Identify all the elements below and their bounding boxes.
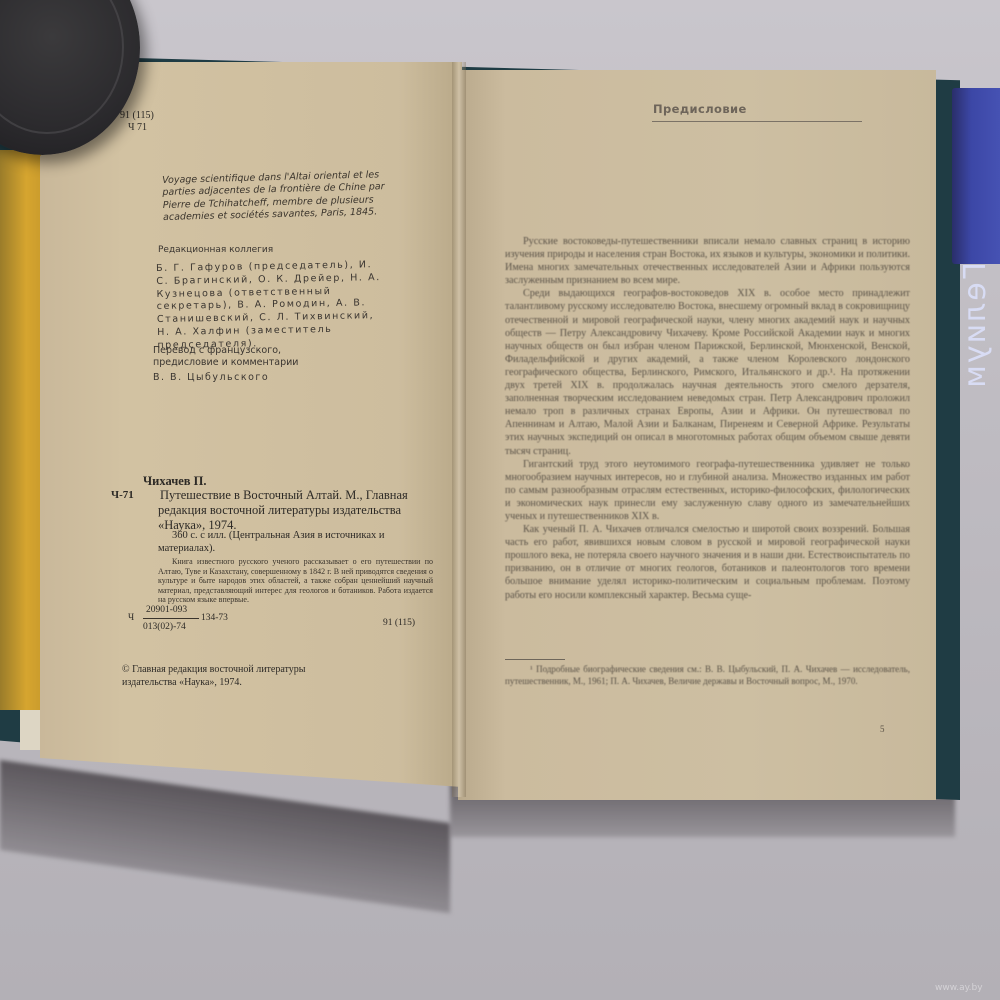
preface-heading: Предисловие xyxy=(653,103,747,117)
blue-box-label: Гелиум xyxy=(958,262,998,438)
translation-credit: Перевод с французского, предисловие и ко… xyxy=(153,345,323,370)
catalog-code: Ч-71 xyxy=(111,489,134,502)
copyright: © Главная редакция восточной литературы … xyxy=(122,664,352,689)
footnote: ¹ Подробные биографические сведения см.:… xyxy=(505,663,910,687)
annotation: Книга известного русского ученого расска… xyxy=(158,557,433,605)
book-gutter xyxy=(452,62,466,797)
preface-body: Русские востоковеды-путешественники впис… xyxy=(505,235,910,602)
index-numerator: 20901-093 xyxy=(146,605,187,616)
original-title: Voyage scientifique dans l'Altai orienta… xyxy=(162,169,388,224)
watermark: www.ay.by xyxy=(935,983,983,994)
paragraph: Русские востоковеды-путешественники впис… xyxy=(505,235,910,287)
paragraph: Гигантский труд этого неутомимого геогра… xyxy=(505,458,910,523)
author-name: Чихачев П. xyxy=(143,474,207,489)
editorial-board-heading: Редакционная коллегия xyxy=(158,245,273,256)
fraction-line xyxy=(143,618,199,619)
index-denominator: 013(02)-74 xyxy=(143,622,186,633)
udc-code: 91 (115) xyxy=(383,618,415,629)
editorial-board: Б. Г. Гафуров (председатель), И. С. Браг… xyxy=(156,259,383,353)
corner-id-udc: 91 (115) xyxy=(120,110,154,122)
index-letter: Ч xyxy=(128,613,134,624)
page-number: 5 xyxy=(880,724,885,735)
paragraph: Среди выдающихся географов-востоковедов … xyxy=(505,287,910,457)
footnote-rule xyxy=(505,659,565,660)
book-spine xyxy=(0,150,44,710)
corner-id-catalog: Ч 71 xyxy=(128,122,147,134)
heading-rule xyxy=(652,121,862,122)
translator-name: В. В. Цыбульского xyxy=(153,372,269,384)
blue-box xyxy=(952,88,1000,264)
footnote-text: ¹ Подробные биографические сведения см.:… xyxy=(505,663,910,687)
bibliographic-entry: Путешествие в Восточный Алтай. М., Главн… xyxy=(158,488,433,533)
pages-series: 360 с. с илл. (Центральная Азия в источн… xyxy=(158,530,433,555)
paragraph: Как ученый П. А. Чихачев отличался смело… xyxy=(505,523,910,602)
index-suffix: 134-73 xyxy=(201,613,228,624)
book-shadow-left xyxy=(0,760,450,913)
